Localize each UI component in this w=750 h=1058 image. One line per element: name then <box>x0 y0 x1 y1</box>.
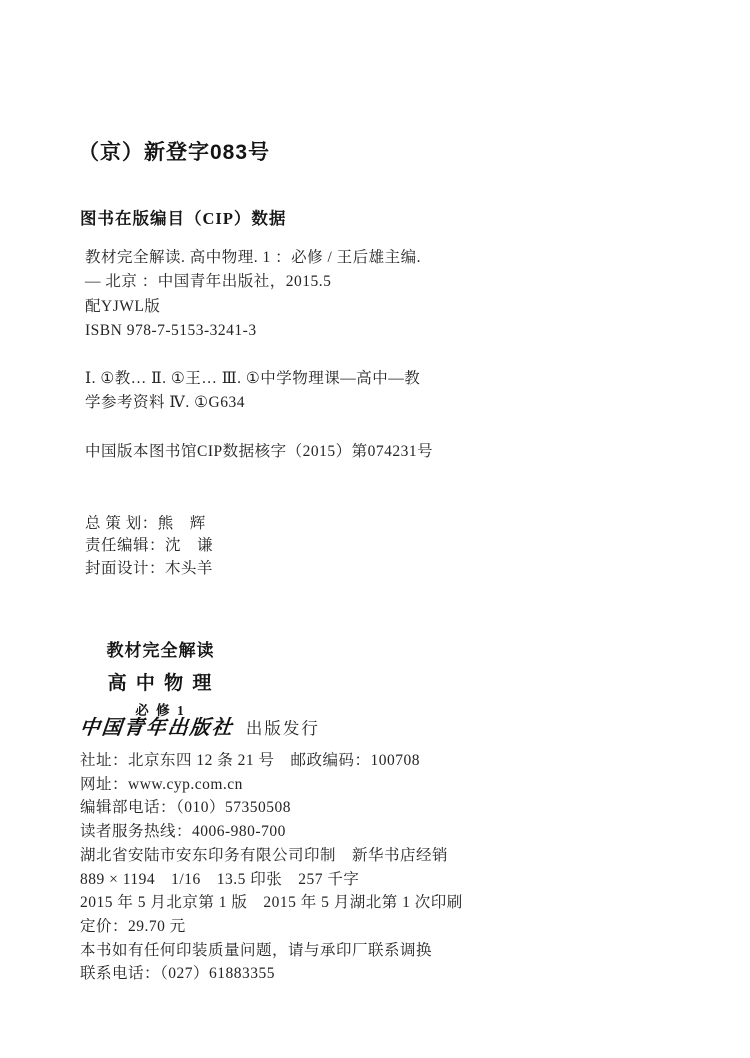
staff-line-cover-designer: 封面设计：木头羊 <box>85 558 213 580</box>
publisher-logo: 中国青年出版社 <box>78 711 235 740</box>
colophon-hotline-line: 读者服务热线：4006-980-700 <box>80 820 463 844</box>
colophon-address-line: 社址：北京东四 12 条 21 号 邮政编码：100708 <box>80 749 463 773</box>
publisher-line: 中国青年出版社 出版发行 <box>80 711 320 740</box>
book-title-block: 教材完全解读 高 中 物 理 必 修 1 <box>78 636 243 719</box>
cip-record-line: 配YJWL版 <box>85 295 421 319</box>
cip-classification-line: Ⅰ. ①教… Ⅱ. ①王… Ⅲ. ①中学物理课—高中—教 <box>85 367 420 391</box>
colophon-contact-phone-line: 联系电话：（027）61883355 <box>80 962 463 986</box>
colophon-website-line: 网址：www.cyp.com.cn <box>80 773 463 797</box>
colophon-edition-line: 2015 年 5 月北京第 1 版 2015 年 5 月湖北第 1 次印刷 <box>80 891 463 915</box>
colophon-quality-notice-line: 本书如有任何印装质量问题，请与承印厂联系调换 <box>80 939 463 963</box>
staff-credits-block: 总 策 划：熊 辉 责任编辑：沈 谦 封面设计：木头羊 <box>85 513 213 580</box>
cip-classification-block: Ⅰ. ①教… Ⅱ. ①王… Ⅲ. ①中学物理课—高中—教 学参考资料 Ⅳ. ①G… <box>85 367 420 415</box>
registration-number: （京）新登字083号 <box>78 136 270 166</box>
series-title: 教材完全解读 <box>78 636 243 661</box>
colophon-format-line: 889 × 1194 1/16 13.5 印张 257 千字 <box>80 868 463 892</box>
cip-record-line: 教材完全解读. 高中物理. 1 ：必修 / 王后雄主编. <box>85 246 421 270</box>
colophon-printer-line: 湖北省安陆市安东印务有限公司印制 新华书店经销 <box>80 844 463 868</box>
colophon-price-line: 定价：29.70 元 <box>80 915 463 939</box>
cip-record-line: — 北京 ：中国青年出版社，2015.5 <box>85 270 421 294</box>
staff-line-editor: 责任编辑：沈 谦 <box>85 535 213 557</box>
cip-heading: 图书在版编目（CIP）数据 <box>80 205 286 229</box>
colophon-block: 社址：北京东四 12 条 21 号 邮政编码：100708 网址：www.cyp… <box>80 749 463 986</box>
book-title: 高 中 物 理 <box>78 668 243 695</box>
copyright-page: （京）新登字083号 图书在版编目（CIP）数据 教材完全解读. 高中物理. 1… <box>0 0 750 1058</box>
publisher-suffix: 出版发行 <box>246 719 320 738</box>
cip-registry-number: 中国版本图书馆CIP数据核字（2015）第074231号 <box>85 439 433 461</box>
staff-line-chief-planner: 总 策 划：熊 辉 <box>85 513 213 535</box>
cip-record-block: 教材完全解读. 高中物理. 1 ：必修 / 王后雄主编. — 北京 ：中国青年出… <box>85 246 421 343</box>
colophon-editorial-phone-line: 编辑部电话：（010）57350508 <box>80 796 463 820</box>
cip-isbn-line: ISBN 978-7-5153-3241-3 <box>85 319 421 343</box>
cip-classification-line: 学参考资料 Ⅳ. ①G634 <box>85 391 420 415</box>
